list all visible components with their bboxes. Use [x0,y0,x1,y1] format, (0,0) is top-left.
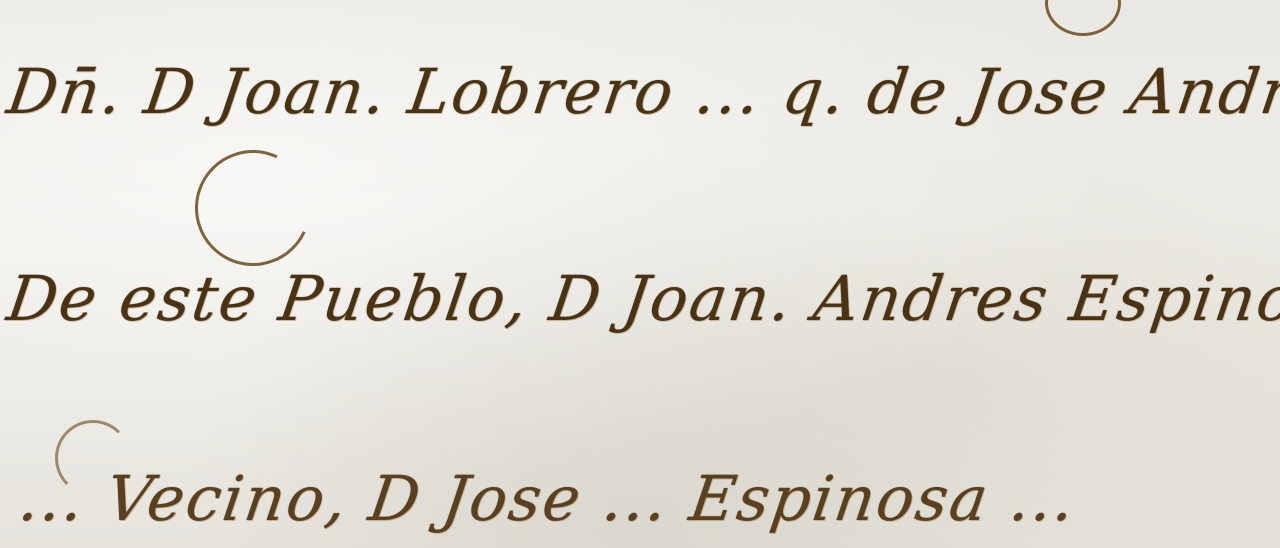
handwritten-line-1: Dn̄. D Joan. Lobrero ... q. de Jose Andr [3,55,1280,128]
ink-flourish [179,134,328,283]
ink-flourish [1045,0,1121,36]
handwritten-line-2: De este Pueblo, D Joan. Andres Espino [3,262,1280,335]
manuscript-page: Dn̄. D Joan. Lobrero ... q. de Jose Andr… [0,0,1280,548]
handwritten-line-3: ... Vecino, D Jose ... Espinosa ... [15,462,1280,535]
